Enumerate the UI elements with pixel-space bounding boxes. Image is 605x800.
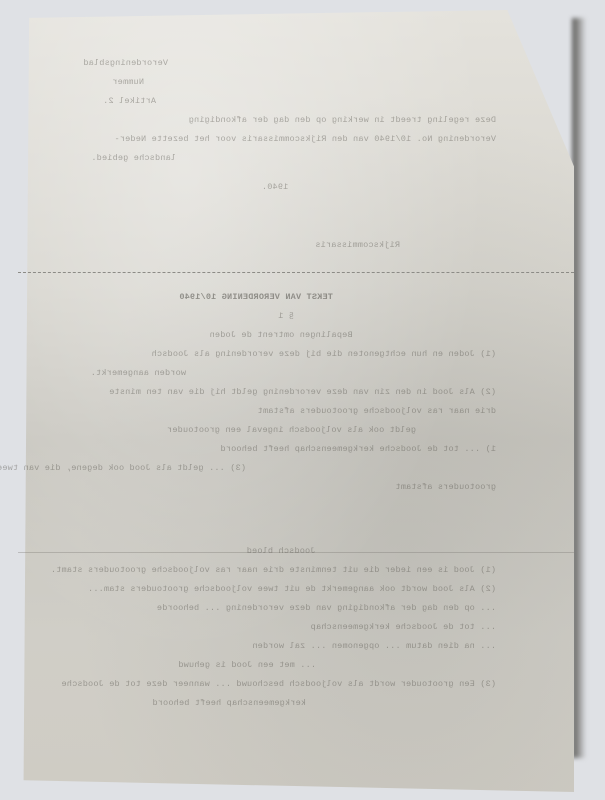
text-line: landsche gebied.: [86, 149, 496, 168]
text-line: geldt ook als voljoodsch ingeval een gro…: [86, 421, 496, 440]
text-line: ... op den dag der afkondiging van deze …: [86, 599, 496, 618]
upper-text-block: Verordeningsblad Nummer Artikel 2. Deze …: [86, 54, 496, 168]
text-line: (3) Een grootouder wordt als voljoodsch …: [86, 675, 496, 694]
section-subtitle: Bepalingen omtrent de Joden: [86, 326, 496, 345]
lower-text-block: Joodsch bloed (1) Jood is een ieder die …: [86, 542, 496, 713]
paper-shadow: [572, 18, 586, 758]
text-line: (1) Joden en hun echtgenoten die bij dez…: [86, 345, 496, 364]
section-mark: § 1: [86, 307, 496, 326]
section-subtitle: Joodsch bloed: [86, 542, 496, 561]
middle-text-block: TEKST VAN VERORDENING 10/1940 § 1 Bepali…: [86, 288, 496, 497]
perforation-fold-line: [18, 272, 574, 273]
text-line: ... tot de Joodsche kerkgemeenschap: [86, 618, 496, 637]
text-line: ... na dien datum ... opgenomen ... zal …: [86, 637, 496, 656]
date-line: 1940.: [200, 178, 350, 197]
text-line: Deze regeling treedt in werking op den d…: [86, 111, 496, 130]
header-line: Verordeningsblad: [86, 54, 496, 73]
section-title: TEKST VAN VERORDENING 10/1940: [86, 288, 496, 307]
text-line: (1) Jood is een ieder die uit tenminste …: [86, 561, 496, 580]
text-line: (3) ... geldt als Jood ook degene, die v…: [86, 459, 496, 478]
text-line: drie naar ras voljoodsche grootouders af…: [86, 402, 496, 421]
text-line: kerkgemeenschap heeft behoord: [86, 694, 496, 713]
text-line: (2) Als Jood in den zin van deze verorde…: [86, 383, 496, 402]
text-line: Verordening No. 10/1940 van den Rijkscom…: [86, 130, 496, 149]
text-line: (2) Als Jood wordt ook aangemerkt de uit…: [86, 580, 496, 599]
text-line: worden aangemerkt.: [86, 364, 496, 383]
text-line: Artikel 2.: [86, 92, 496, 111]
text-line: grootouders afstamt: [86, 478, 496, 497]
text-line: ... met een Jood is gehuwd: [86, 656, 496, 675]
text-line: Nummer: [86, 73, 496, 92]
text-line: 1) ... tot de Joodsche kerkgemeenschap h…: [86, 440, 496, 459]
signature-line: Rijkscommissaris: [330, 236, 400, 255]
